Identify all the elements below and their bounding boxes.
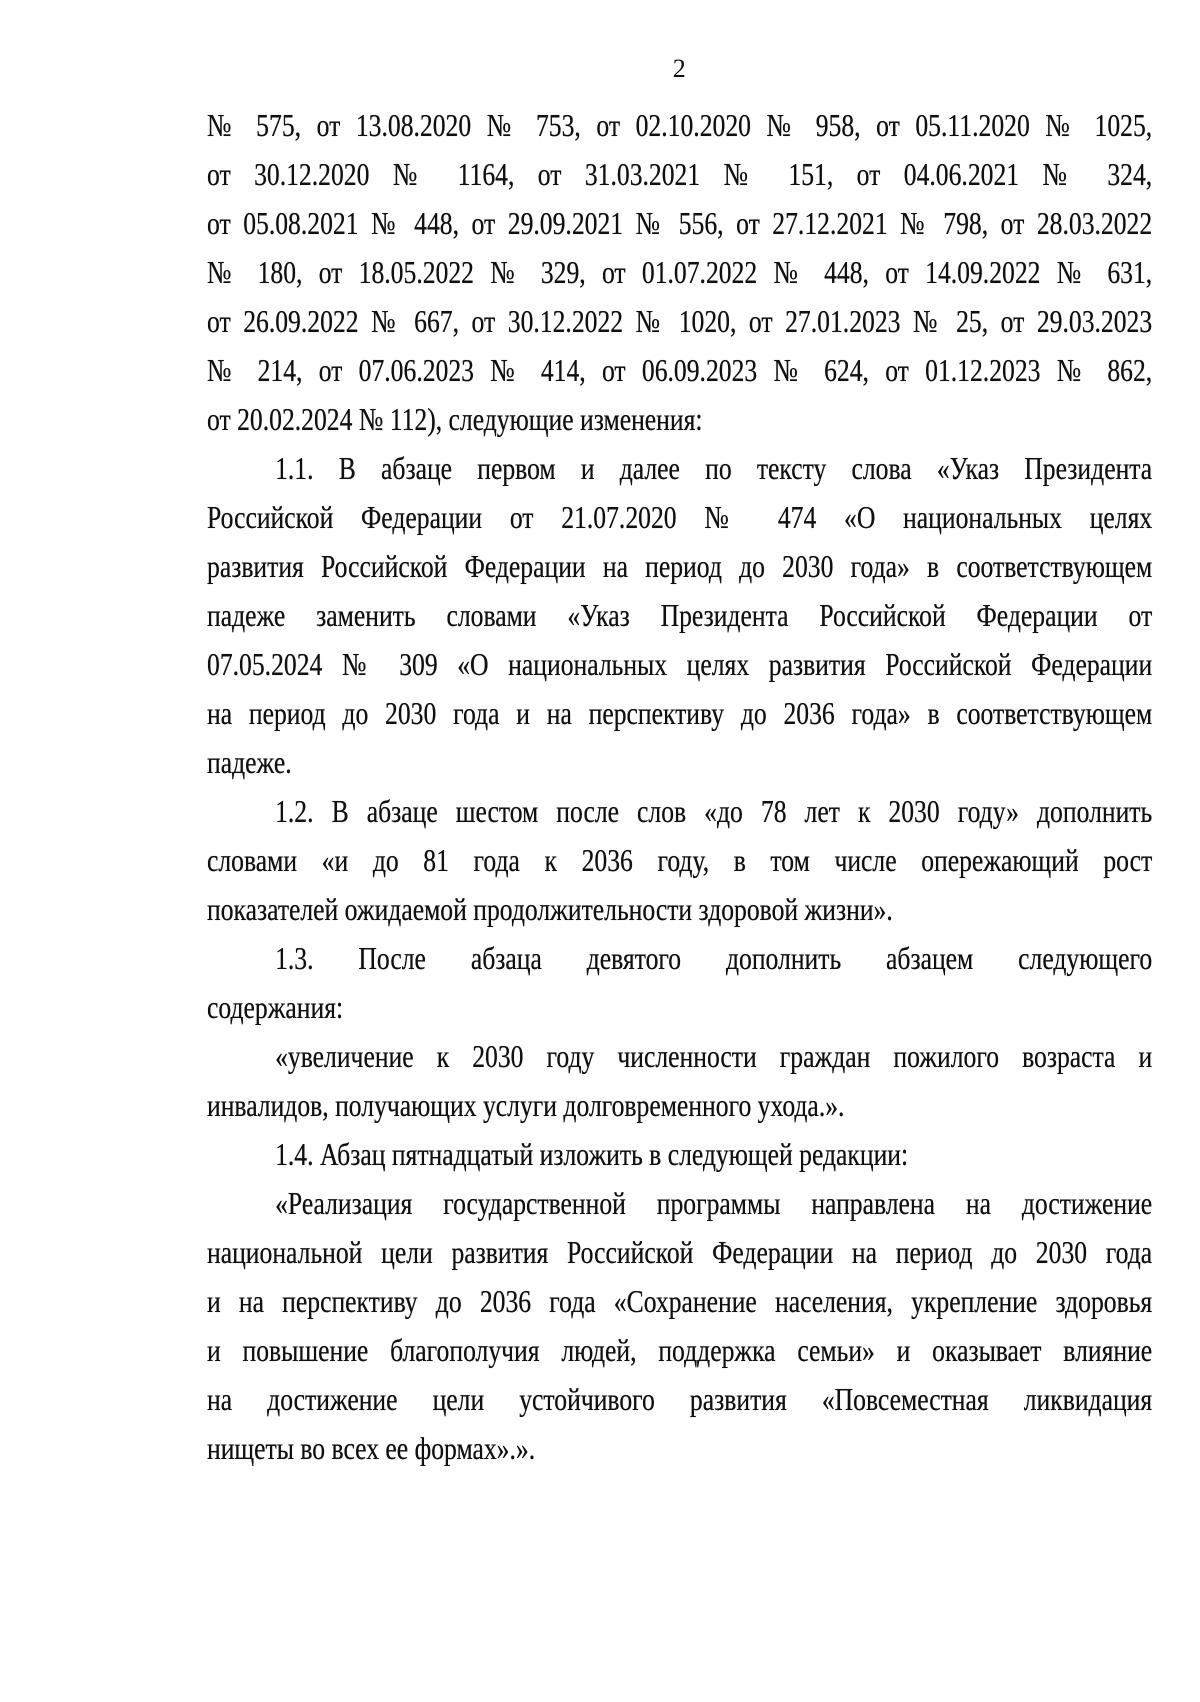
text-line: 1.3. После абзаца девятого дополнить абз… [207,934,1152,983]
text-line: 1.1. В абзаце первом и далее по тексту с… [207,444,1152,493]
text-line: национальной цели развития Российской Фе… [207,1228,1152,1277]
paragraph-6: 1.4. Абзац пятнадцатый изложить в следую… [207,1130,1152,1179]
paragraph-5: «увеличение к 2030 году численности граж… [207,1032,1152,1130]
text-line: от 30.12.2020 № 1164, от 31.03.2021 № 15… [207,150,1152,199]
text-line: 1.4. Абзац пятнадцатый изложить в следую… [207,1130,1152,1179]
document-page: 2 № 575, от 13.08.2020 № 753, от 02.10.2… [0,0,1200,1702]
text-line: нищеты во всех ее формах».». [207,1424,1152,1473]
text-line: 1.2. В абзаце шестом после слов «до 78 л… [207,787,1152,836]
text-line: на достижение цели устойчивого развития … [207,1375,1152,1424]
text-line: показателей ожидаемой продолжительности … [207,885,1152,934]
text-line: и на перспективу до 2036 года «Сохранени… [207,1277,1152,1326]
text-line: и повышение благополучия людей, поддержк… [207,1326,1152,1375]
text-line: № 575, от 13.08.2020 № 753, от 02.10.202… [207,101,1152,150]
paragraph-3: 1.2. В абзаце шестом после слов «до 78 л… [207,787,1152,934]
text-line: содержания: [207,983,1152,1032]
text-line: от 26.09.2022 № 667, от 30.12.2022 № 102… [207,297,1152,346]
text-line: «увеличение к 2030 году численности граж… [207,1032,1152,1081]
text-line: 07.05.2024 № 309 «О национальных целях р… [207,640,1152,689]
paragraph-1: № 575, от 13.08.2020 № 753, от 02.10.202… [207,101,1152,444]
text-line: № 214, от 07.06.2023 № 414, от 06.09.202… [207,346,1152,395]
text-line: падеже заменить словами «Указ Президента… [207,591,1152,640]
paragraph-2: 1.1. В абзаце первом и далее по тексту с… [207,444,1152,787]
text-line: словами «и до 81 года к 2036 году, в том… [207,836,1152,885]
text-line: Российской Федерации от 21.07.2020 № 474… [207,493,1152,542]
text-line: инвалидов, получающих услуги долговремен… [207,1081,1152,1130]
paragraph-4: 1.3. После абзаца девятого дополнить абз… [207,934,1152,1032]
text-line: «Реализация государственной программы на… [207,1179,1152,1228]
text-line: от 20.02.2024 № 112), следующие изменени… [207,395,1152,444]
text-line: № 180, от 18.05.2022 № 329, от 01.07.202… [207,248,1152,297]
text-line: развития Российской Федерации на период … [207,542,1152,591]
text-line: на период до 2030 года и на перспективу … [207,689,1152,738]
text-line: от 05.08.2021 № 448, от 29.09.2021 № 556… [207,199,1152,248]
paragraph-7: «Реализация государственной программы на… [207,1179,1152,1473]
document-body: № 575, от 13.08.2020 № 753, от 02.10.202… [207,101,1152,1473]
text-line: падеже. [207,738,1152,787]
page-number: 2 [207,56,1152,82]
